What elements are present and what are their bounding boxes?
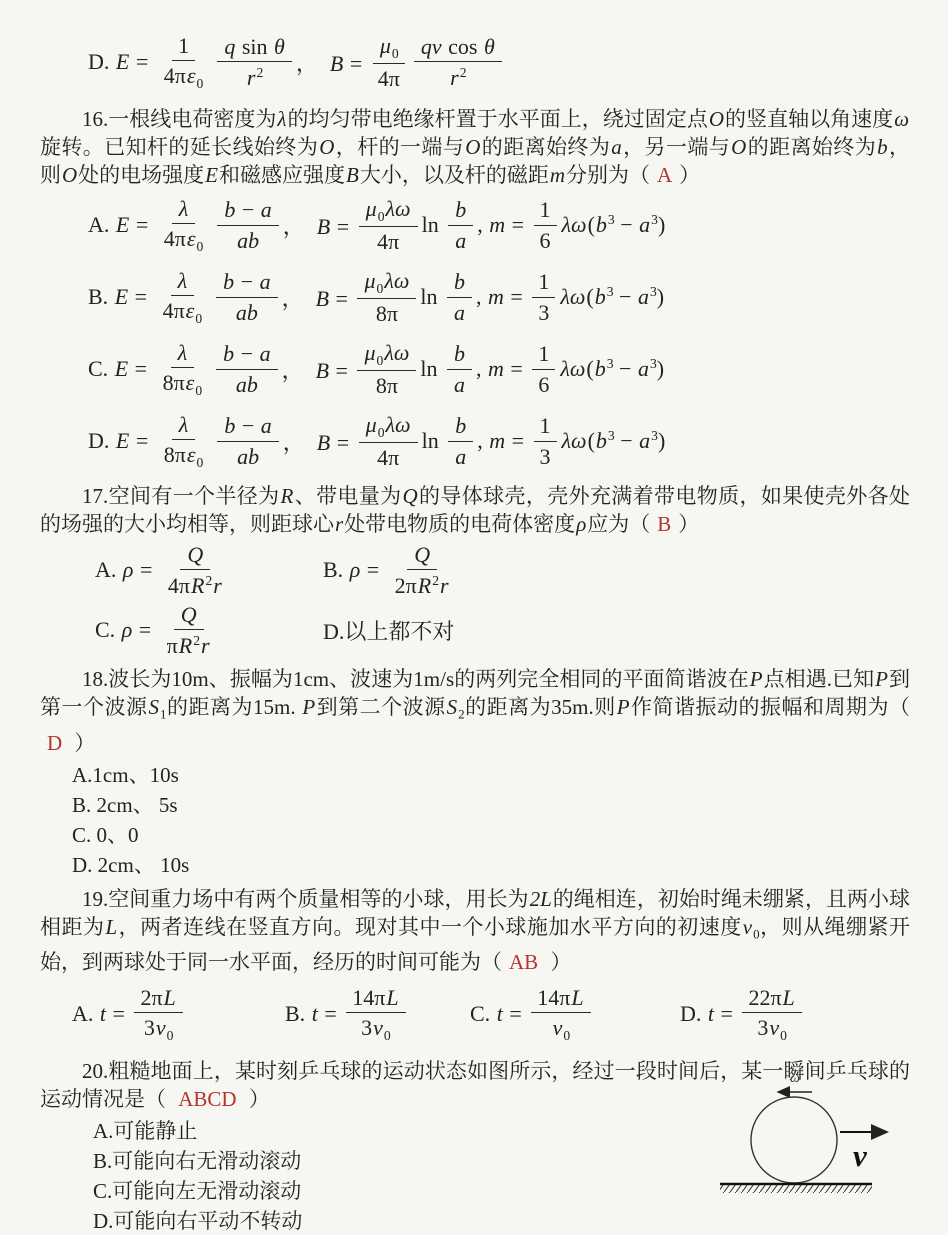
text-run: 4π (378, 66, 400, 91)
text-run: 16.一根线电荷密度为λ的均匀带电绝缘杆置于水平面上，绕过固定点O的竖直轴以角速… (40, 107, 910, 187)
text-r: = (505, 356, 528, 381)
text-run: A.可能静止 (93, 1119, 197, 1143)
text-r: − (614, 284, 637, 309)
text-i: λ (177, 268, 189, 293)
text-run: 4π (377, 445, 399, 470)
q18-options-line: D. 2cm、 10s (72, 850, 948, 880)
text-i: Q (186, 542, 204, 567)
document-content: D. E = 14πε0q sin θr2， B = μ04πqv cos θr… (0, 24, 948, 1235)
text-i: b (876, 135, 889, 159)
text-sub: 0 (197, 239, 204, 254)
text-run: B. t = (285, 1001, 342, 1027)
numerator: 22πL (742, 984, 801, 1013)
text-sup: 2 (256, 64, 263, 79)
text-i: r (200, 633, 211, 658)
text-i: ab (235, 372, 259, 397)
text-i: P (616, 695, 631, 719)
text-r: 19.空间重力场中有两个质量相等的小球，用长为 (82, 887, 529, 911)
numerator: μ0λω (357, 267, 416, 299)
text-i: R (417, 573, 432, 598)
text-r: 4π (378, 66, 400, 91)
text-i: ab (235, 300, 259, 325)
text-run: ， B = (283, 210, 355, 241)
numerator: λ (171, 339, 195, 368)
text-r: 3 (144, 1015, 155, 1040)
text-i: B (329, 51, 344, 76)
q17-options-cell: B. ρ = Q2πR2r (323, 540, 908, 600)
text-run: v0 (552, 1015, 571, 1040)
text-run: a (453, 300, 466, 325)
text-r: D. (680, 1001, 707, 1026)
text-i: q (223, 34, 236, 59)
text-run: 3 (538, 300, 549, 325)
text-run: 18.波长为10m、振幅为1cm、波速为1m/s的两列完全相同的平面简谐波在P点… (40, 667, 910, 755)
text-r: 3 (361, 1015, 372, 1040)
numerator: 14πL (531, 984, 590, 1013)
text-sub: 0 (197, 76, 204, 91)
text-run: C.可能向左无滑动滚动 (93, 1179, 301, 1203)
text-run: A. E = (88, 212, 154, 238)
text-r: ， (282, 286, 315, 311)
text-sub: 0 (378, 208, 385, 223)
text-r: 22π (748, 985, 781, 1010)
text-r: 6 (538, 372, 549, 397)
text-i: λ (178, 196, 190, 221)
q19-options: A. t = 2πL3v0B. t = 14πL3v0C. t = 14πLv0… (72, 976, 948, 1052)
text-run: C. E = (88, 356, 153, 382)
denominator: a (448, 442, 473, 470)
text-i: b (454, 197, 467, 222)
text-run: ， B = (282, 354, 354, 385)
text-run: qv cos θ (420, 34, 496, 59)
numerator: b − a (216, 268, 277, 297)
q20-figure: ω v (706, 1064, 906, 1214)
text-r: = (107, 1001, 130, 1026)
text-run: μ0λω (365, 412, 412, 437)
text-run: D. E = (88, 428, 154, 454)
text-run: 6 (540, 228, 551, 253)
text-i: b (594, 356, 607, 381)
text-r: ， (282, 358, 315, 383)
text-run: 4πε0 (163, 298, 203, 323)
text-run: C. 0、0 (72, 823, 139, 847)
text-r: π (167, 633, 178, 658)
text-run: 22πL (748, 985, 795, 1010)
text-run: D.可能向右平动不转动 (93, 1209, 302, 1233)
text-i: t (311, 1001, 319, 1026)
text-sup: 3 (650, 356, 657, 371)
q16-option-a: A. E = λ4πε0b − aab， B = μ0λω4πln ba, m … (88, 189, 948, 261)
text-run: ， B = (283, 426, 355, 457)
text-run: , m = (477, 428, 529, 454)
text-r: = (331, 430, 354, 455)
numerator: 1 (532, 268, 555, 297)
text-run: λ (178, 196, 190, 221)
q17-stem: 17.空间有一个半径为R、带电量为Q的导体球壳，壳外充满着带电物质，如果使壳外各… (40, 482, 910, 538)
text-r: = (129, 284, 152, 309)
text-r: D.可能向右平动不转动 (93, 1209, 302, 1233)
fraction: μ0λω4π (359, 195, 418, 256)
q17-options-cell: A. ρ = Q4πR2r (95, 540, 323, 600)
text-i: t (99, 1001, 107, 1026)
numerator: q sin θ (217, 33, 292, 62)
text-i: r (246, 65, 257, 90)
text-r: ( (588, 428, 595, 453)
text-r: 1 (178, 33, 189, 58)
text-run: b − a (222, 341, 271, 366)
text-r: A.可能静止 (93, 1119, 197, 1143)
text-run: ln (420, 284, 443, 310)
text-i: B (316, 430, 331, 455)
fraction: μ0λω4π (359, 411, 418, 472)
text-r: = (715, 1001, 738, 1026)
text-i: ε (185, 298, 196, 323)
text-r: ， (283, 430, 316, 455)
text-i: v (552, 1015, 564, 1040)
numerator: Q (180, 541, 210, 570)
fraction: λ4πε0 (157, 267, 209, 328)
numerator: λ (172, 411, 196, 440)
text-i: L (782, 985, 796, 1010)
text-run: ln (422, 428, 445, 454)
text-run: λω(b3 − a3) (559, 356, 664, 382)
text-r: A. (72, 1001, 99, 1026)
fraction: μ0λω8π (357, 267, 416, 328)
text-r: 1 (540, 197, 551, 222)
text-run: 4πε0 (164, 63, 204, 88)
q16-stem: 16.一根线电荷密度为λ的均匀带电绝缘杆置于水平面上，绕过固定点O的竖直轴以角速… (40, 105, 910, 189)
answer-text: AB (502, 950, 545, 974)
text-r: , (477, 428, 488, 453)
answer-text: D (40, 731, 69, 755)
text-i: E (114, 356, 129, 381)
text-i: O (61, 163, 78, 187)
text-r: A. (88, 212, 115, 237)
text-sub: 0 (195, 311, 202, 326)
text-sup: 3 (651, 428, 658, 443)
text-i: a (610, 135, 623, 159)
text-run: b − a (223, 413, 272, 438)
text-r: 和磁感应强度 (219, 163, 345, 187)
text-i: L (570, 985, 584, 1010)
numerator: 2πL (134, 984, 182, 1013)
text-run: ， B = (296, 47, 368, 78)
denominator: ab (230, 442, 266, 470)
text-i: b (222, 269, 235, 294)
text-i: λω (383, 340, 410, 365)
text-i: O (464, 135, 481, 159)
text-run: r2 (449, 65, 466, 90)
text-sup: 2 (460, 64, 467, 79)
text-r: ， (283, 214, 316, 239)
text-i: λω (559, 284, 586, 309)
text-r: = (506, 428, 529, 453)
text-i: θ (483, 34, 496, 59)
text-i: E (115, 212, 130, 237)
q17-options-cell: D.以上都不对 (323, 600, 908, 660)
q19-options-cell: B. t = 14πL3v0 (285, 984, 470, 1045)
text-run: a (454, 228, 467, 253)
text-sub: 0 (780, 1028, 787, 1043)
fraction: Q2πR2r (389, 541, 456, 599)
numerator: Q (407, 541, 437, 570)
text-run: 3v0 (361, 1015, 391, 1040)
text-run: b (453, 341, 466, 366)
fraction: b − aab (217, 412, 278, 470)
text-i: b (594, 284, 607, 309)
text-r: B. (285, 1001, 311, 1026)
text-run: A. ρ = (95, 557, 158, 583)
text-r: ， (296, 51, 329, 76)
text-r: − (615, 428, 638, 453)
text-i: L (104, 915, 118, 939)
text-r: 8π (376, 373, 398, 398)
fraction: λ8πε0 (157, 339, 209, 400)
text-run: 14πL (352, 985, 399, 1010)
fraction: b − aab (217, 196, 278, 254)
text-sub: 0 (378, 424, 385, 439)
text-i: r (334, 512, 344, 536)
text-r: 处的电场强度 (78, 163, 204, 187)
q19-options-cell: C. t = 14πLv0 (470, 984, 680, 1045)
text-i: b (453, 341, 466, 366)
text-r: C. 0、0 (72, 823, 139, 847)
ground-hatching (720, 1185, 872, 1193)
text-i: λω (561, 212, 588, 237)
text-i: v (742, 915, 753, 939)
denominator: 8πε0 (158, 440, 210, 471)
numerator: μ0λω (359, 411, 418, 443)
text-i: λω (385, 412, 412, 437)
text-i: R (190, 573, 205, 598)
text-r: B. 2cm、 5s (72, 793, 178, 817)
text-i: a (637, 356, 650, 381)
text-run: 2πR2r (395, 573, 450, 598)
text-i: qv (420, 34, 443, 59)
text-run: b − a (223, 197, 272, 222)
text-run: C. ρ = (95, 617, 157, 643)
text-r: C.可能向左无滑动滚动 (93, 1179, 301, 1203)
text-i: μ (365, 412, 378, 437)
text-i: ω (893, 107, 910, 131)
text-r: 3 (757, 1015, 768, 1040)
text-r: = (331, 214, 354, 239)
text-r: = (134, 557, 157, 582)
text-sup: 3 (607, 356, 614, 371)
q18-options-line: C. 0、0 (72, 820, 948, 850)
text-r: A. (95, 557, 122, 582)
q17-options-cell: C. ρ = QπR2r (95, 600, 323, 660)
fraction: 14πε0 (158, 32, 210, 93)
text-run: 19.空间重力场中有两个质量相等的小球，用长为2L的绳相连，初始时绳未绷紧，且两… (40, 887, 910, 975)
numerator: 1 (534, 196, 557, 225)
text-run: B. 2cm、 5s (72, 793, 178, 817)
text-run: 1 (540, 413, 551, 438)
text-i: v (372, 1015, 384, 1040)
text-run: 3 (540, 444, 551, 469)
text-i: B (345, 163, 360, 187)
text-i: λ (177, 340, 189, 365)
text-r: = (130, 49, 153, 74)
text-r: 到第二个波源 (316, 695, 445, 719)
denominator: a (447, 370, 472, 398)
text-run: ab (235, 300, 259, 325)
fraction: b − aab (216, 340, 277, 398)
numerator: b − a (217, 412, 278, 441)
text-r: − (615, 212, 638, 237)
denominator: ab (230, 226, 266, 254)
text-r: = (330, 286, 353, 311)
text-i: b (454, 413, 467, 438)
text-i: b (223, 197, 236, 222)
numerator: μ0λω (357, 339, 416, 371)
text-r: − (235, 269, 258, 294)
q19-options-cell: D. t = 22πL3v0 (680, 984, 806, 1045)
text-i: a (453, 300, 466, 325)
text-i: E (204, 163, 219, 187)
text-i: L (385, 985, 399, 1010)
text-r: − (614, 356, 637, 381)
denominator: r2 (240, 62, 269, 90)
text-i: E (115, 49, 130, 74)
text-r: 4π (164, 226, 186, 251)
text-i: a (638, 212, 651, 237)
numerator: μ0 (373, 32, 405, 64)
text-sup: 3 (608, 212, 615, 227)
text-run: ln (422, 212, 445, 238)
numerator: λ (171, 267, 195, 296)
fraction: 14πLv0 (531, 984, 590, 1045)
text-i: O (708, 107, 725, 131)
denominator: ab (229, 298, 265, 326)
fraction: 14πL3v0 (346, 984, 405, 1045)
text-run: 4πR2r (168, 573, 223, 598)
text-i: B (315, 358, 330, 383)
text-i: t (707, 1001, 715, 1026)
answer-text: B (650, 512, 678, 536)
text-i: ρ (575, 512, 587, 536)
text-r: 8π (163, 370, 185, 395)
fraction: 2πL3v0 (134, 984, 182, 1045)
denominator: 4π (371, 443, 405, 471)
numerator: μ0λω (359, 195, 418, 227)
q18-options: A.1cm、10sB. 2cm、 5sC. 0、0D. 2cm、 10s (72, 760, 948, 880)
numerator: 1 (172, 32, 195, 61)
text-run: C. t = (470, 1001, 527, 1027)
q16-option-c: C. E = λ8πε0b − aab， B = μ0λω8πln ba, m … (88, 333, 948, 405)
text-sup: 3 (608, 428, 615, 443)
numerator: qv cos θ (414, 33, 502, 62)
denominator: 8πε0 (157, 368, 209, 399)
text-run: μ0λω (363, 340, 410, 365)
text-run: 17.空间有一个半径为R、带电量为Q的导体球壳，壳外充满着带电物质，如果使壳外各… (40, 484, 910, 536)
text-run: λω(b3 − a3) (561, 212, 666, 238)
q18-options-line: A.1cm、10s (72, 760, 948, 790)
denominator: a (447, 298, 472, 326)
text-i: Q (413, 542, 431, 567)
text-i: O (318, 135, 335, 159)
denominator: 4πε0 (158, 61, 210, 92)
text-r: 14π (352, 985, 385, 1010)
text-r: ，杆的一端与 (335, 135, 464, 159)
text-i: ρ (349, 557, 362, 582)
text-run: 8πε0 (164, 442, 204, 467)
denominator: v0 (546, 1013, 577, 1044)
fraction: 13 (532, 268, 555, 326)
text-sub: 0 (392, 45, 399, 60)
text-r: 的距离为35m.则 (465, 695, 616, 719)
text-run: b (454, 197, 467, 222)
text-run: Q (413, 542, 431, 567)
text-r: 4π (377, 229, 399, 254)
text-i: 2L (529, 887, 553, 911)
text-i: P (301, 695, 316, 719)
text-run: , m = (476, 356, 528, 382)
text-run: D. t = (680, 1001, 738, 1027)
text-r: ) (658, 212, 665, 237)
text-run: ab (235, 372, 259, 397)
fraction: λ4πε0 (158, 195, 210, 256)
text-sup: 3 (607, 284, 614, 299)
text-i: b (453, 269, 466, 294)
text-i: L (163, 985, 177, 1010)
denominator: 2πR2r (389, 570, 456, 598)
text-run: λω(b3 − a3) (561, 428, 666, 454)
text-r: = (506, 212, 529, 237)
fraction: q sin θr2 (217, 33, 292, 91)
q17-options: A. ρ = Q4πR2rB. ρ = Q2πR2rC. ρ = QπR2rD.… (95, 540, 908, 660)
text-i: ε (186, 63, 197, 88)
text-r: B. (323, 557, 349, 582)
text-i: a (454, 444, 467, 469)
q16-option-d: D. E = λ8πε0b − aab， B = μ0λω4πln ba, m … (88, 405, 948, 477)
text-r: C. (88, 356, 114, 381)
text-i: a (260, 413, 273, 438)
numerator: b (448, 412, 473, 441)
text-i: ρ (121, 617, 134, 642)
numerator: b (447, 340, 472, 369)
text-r: 的竖直轴以角速度 (725, 107, 893, 131)
text-i: a (259, 341, 272, 366)
text-run: 14πL (537, 985, 584, 1010)
text-r: 4π (168, 573, 190, 598)
text-run: A. t = (72, 1001, 130, 1027)
omega-label: ω (790, 1071, 800, 1086)
denominator: 3 (534, 442, 557, 470)
text-r: C. (95, 617, 121, 642)
text-r: − (235, 341, 258, 366)
text-run: 3v0 (757, 1015, 787, 1040)
text-i: b (595, 212, 608, 237)
numerator: 1 (532, 340, 555, 369)
text-r: ，另一端与 (623, 135, 730, 159)
text-r: − (236, 197, 259, 222)
text-i: λ (276, 107, 287, 131)
text-i: m (487, 284, 505, 309)
text-run: 2πL (140, 985, 176, 1010)
text-r: 3 (540, 444, 551, 469)
text-i: S (446, 695, 459, 719)
denominator: 6 (532, 370, 555, 398)
denominator: 4πε0 (158, 224, 210, 255)
text-sub: 0 (563, 1028, 570, 1043)
text-r: B. (88, 284, 114, 309)
text-i: λω (561, 428, 588, 453)
text-r: 1 (538, 269, 549, 294)
text-i: a (454, 228, 467, 253)
text-r: ） (244, 1087, 270, 1111)
text-r: ( (586, 284, 593, 309)
